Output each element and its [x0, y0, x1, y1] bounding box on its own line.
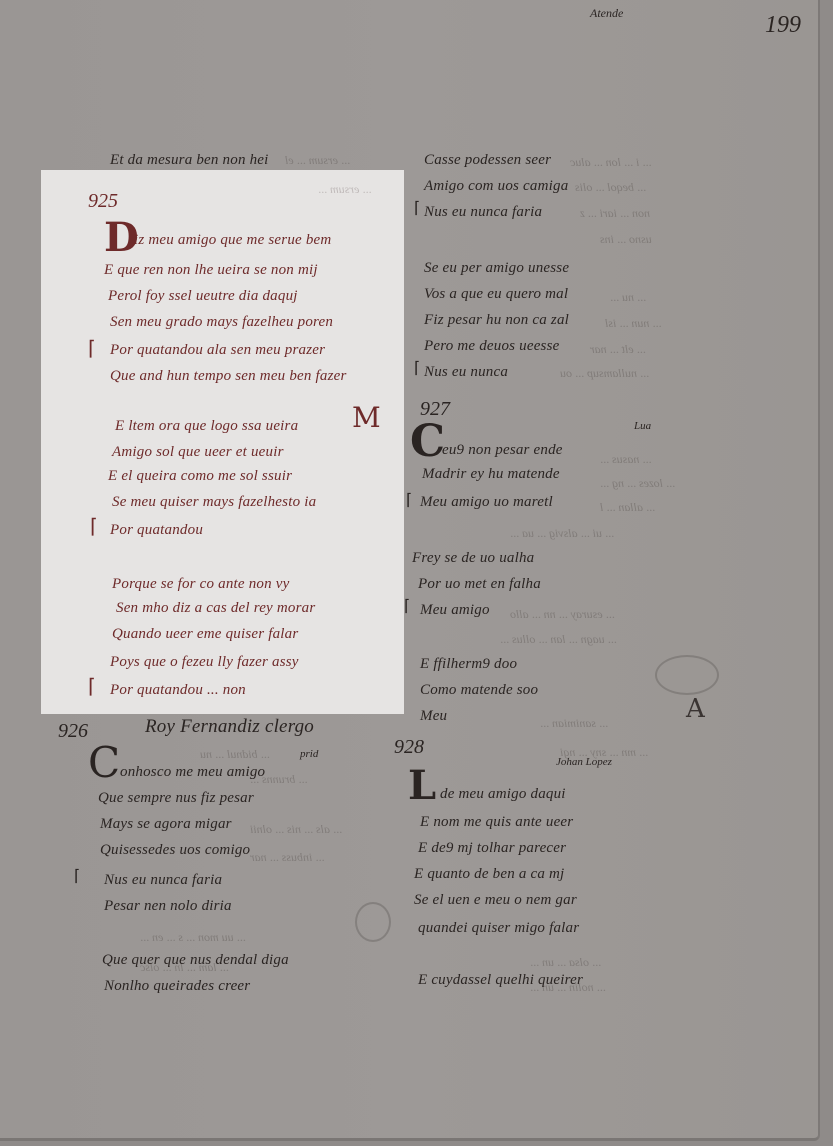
verse-line: E quanto de ben a ca mj	[414, 866, 564, 883]
showthrough-text: ... i ... lon ... aluc	[570, 155, 651, 170]
paragraph-mark: ⌈	[404, 596, 410, 616]
verse-line: Se eu per amigo unesse	[424, 260, 569, 277]
verse-line: Quisessedes uos comigo	[100, 842, 250, 859]
showthrough-text: ... allan ... l	[600, 500, 655, 515]
poem-number: 928	[394, 736, 424, 759]
showthrough-circle	[355, 902, 391, 942]
verse-line: de meu amigo daqui	[440, 786, 566, 803]
verse-line: quandei quiser migo falar	[418, 920, 579, 937]
verse-line: E cuydassel quelhi queirer	[418, 972, 583, 989]
verse-line: E ffilherm9 doo	[420, 656, 517, 673]
showthrough-text: ... lozes ... ng ...	[600, 476, 675, 491]
top-note: Atende	[590, 6, 623, 21]
paragraph-mark: ⌈	[414, 358, 420, 378]
verse-line: Fiz pesar hu non ca zal	[424, 312, 569, 329]
verse-line: Meu amigo	[420, 602, 490, 619]
paragraph-mark: ⌈	[406, 490, 412, 510]
margin-letter: M	[352, 404, 381, 432]
showthrough-text: ... inbuss ... nar	[250, 850, 324, 865]
verse-line: Que and hun tempo sen meu ben fazer	[110, 368, 347, 385]
verse-line: Amigo sol que ueer et ueuir	[112, 444, 284, 461]
showthrough-text: ... esuray ... nn ... allo	[510, 607, 615, 622]
paragraph-mark: ⌈	[74, 866, 80, 886]
verse-line: Meu amigo uo maretl	[420, 494, 553, 511]
folio-number: 199	[765, 12, 801, 39]
showthrough-text: ... nun ... isl	[605, 316, 661, 331]
verse-line: Casse podessen seer	[424, 152, 551, 169]
showthrough-text: ... sanimian ...	[540, 716, 608, 731]
verse-line: Como matende soo	[420, 682, 538, 699]
author-rubric: Roy Fernandiz clergo	[145, 716, 314, 738]
paragraph-mark: ⌈	[90, 514, 98, 539]
verse-line: Pesar nen nolo diria	[104, 898, 232, 915]
poem-number: 926	[58, 720, 88, 743]
showthrough-text: ... olsa ... un ...	[530, 955, 601, 970]
initial-letter: C	[88, 742, 120, 784]
verse-line: Nonlho queirades creer	[104, 978, 250, 995]
showthrough-text: ... nasus ...	[600, 452, 651, 467]
marginal-annotation: Johan Lopez	[556, 756, 612, 768]
showthrough-text: non ... iari ... z	[580, 206, 650, 221]
paragraph-mark: ⌈	[88, 674, 96, 699]
verse-line: Que sempre nus fiz pesar	[98, 790, 254, 807]
showthrough-text: ... als ... nis ... olnii	[250, 822, 342, 837]
marginal-annotation: Lua	[634, 420, 651, 432]
paragraph-mark: ⌈	[414, 198, 420, 218]
showthrough-text: ... elt ... nar	[590, 342, 646, 357]
poem-number: 925	[88, 190, 118, 213]
verse-line: E de9 mj tolhar parecer	[418, 840, 566, 857]
verse-line: onhosco me meu amigo	[120, 764, 265, 781]
verse-line: Mays se agora migar	[100, 816, 232, 833]
verse-line: E ltem ora que logo ssa ueira	[115, 418, 298, 435]
verse-line: Nus eu nunca faria	[424, 204, 542, 221]
initial-letter: C	[410, 420, 445, 464]
verse-line: Perol foy ssel ueutre dia daquj	[108, 288, 298, 305]
verse-line: Por uo met en falha	[418, 576, 541, 593]
verse-line: Amigo com uos camiga	[424, 178, 568, 195]
marginal-annotation: prid	[300, 748, 318, 760]
verse-line: Sen meu grado mays fazelheu poren	[110, 314, 333, 331]
verse-line: Sen mho diz a cas del rey morar	[116, 600, 315, 617]
showthrough-text: usno ... ins	[600, 232, 652, 247]
showthrough-text: ... ersum ...	[318, 182, 371, 197]
verse-line: Por quatandou ... non	[110, 682, 246, 699]
verse-line: Se el uen e meu o nem gar	[414, 892, 577, 909]
showthrough-text: ... ersum ... el	[285, 153, 350, 168]
showthrough-text: ... uu mon ... s ... en ...	[140, 930, 246, 945]
verse-line: iz meu amigo que me serue bem	[134, 232, 331, 249]
showthrough-circle	[655, 655, 719, 695]
verse-line: Vos a que eu quero mal	[424, 286, 568, 303]
verse-line: Meu	[420, 708, 447, 725]
manuscript-page: Atende 199 ... ersum ... el ... ersum ..…	[0, 0, 820, 1141]
verse-line: E el queira como me sol ssuir	[108, 468, 292, 485]
showthrough-text: ... beqol ... olis	[575, 180, 646, 195]
showthrough-text: ... bidnul ... nu	[200, 747, 270, 762]
verse-line: Madrir ey hu matende	[422, 466, 560, 483]
verse-line: eu9 non pesar ende	[442, 442, 563, 459]
verse-line: Por quatandou ala sen meu prazer	[110, 342, 325, 359]
verse-line: Nus eu nunca faria	[104, 872, 222, 889]
verse-line: Nus eu nunca	[424, 364, 508, 381]
verse-line: Et da mesura ben non hei	[110, 152, 269, 169]
showthrough-text: ... nu ...	[610, 290, 646, 305]
verse-line: Por quatandou	[110, 522, 203, 539]
showthrough-text: ... nullamsup ... ou	[560, 366, 649, 381]
verse-line: E nom me quis ante ueer	[420, 814, 573, 831]
verse-line: Que quer que nus dendal diga	[102, 952, 289, 969]
verse-line: Pero me deuos ueesse	[424, 338, 559, 355]
verse-line: E que ren non lhe ueira se non mij	[104, 262, 318, 279]
initial-letter: L	[408, 766, 436, 806]
verse-line: Quando ueer eme quiser falar	[112, 626, 298, 643]
margin-letter: A	[686, 696, 705, 722]
verse-line: Porque se for co ante non vy	[112, 576, 290, 593]
verse-line: Se meu quiser mays fazelhesto ia	[112, 494, 316, 511]
showthrough-text: ... ui ... alsvig ... ua ...	[510, 526, 614, 541]
verse-line: Frey se de uo ualha	[412, 550, 534, 567]
verse-line: Poys que o fezeu lly fazer assy	[110, 654, 299, 671]
paragraph-mark: ⌈	[88, 336, 96, 361]
showthrough-text: ... uagn ... lan ... ollus ...	[500, 632, 617, 647]
